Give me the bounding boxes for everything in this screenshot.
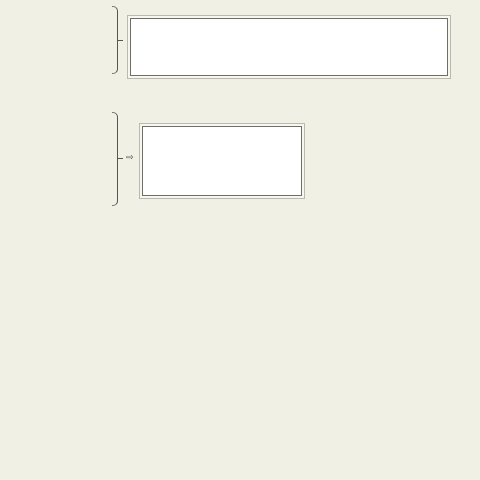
annotation-box-1 bbox=[130, 18, 448, 76]
arrow-right-icon: ⇨ bbox=[126, 153, 134, 163]
poem-stanza-2 bbox=[58, 104, 64, 308]
brace-tick bbox=[118, 158, 123, 159]
brace-tick bbox=[118, 40, 123, 41]
brace-icon bbox=[112, 112, 118, 206]
annotation-box-2-content bbox=[142, 126, 302, 196]
